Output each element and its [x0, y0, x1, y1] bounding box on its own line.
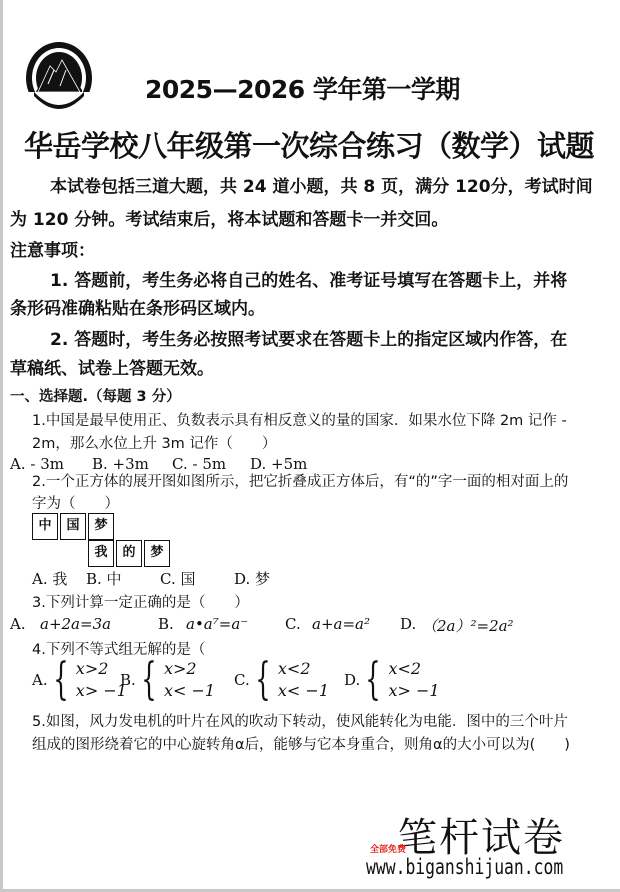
q1-line-2: 2m，那么水位上升 3m 记作（ ）	[32, 432, 276, 453]
q3-option-a-label: A.	[10, 615, 26, 633]
q4-c-bottom: x< −1	[278, 680, 329, 702]
net-cell: 梦	[88, 513, 114, 540]
watermark-tag: 全部免费	[370, 842, 406, 855]
brace-icon: {	[255, 658, 270, 702]
q4-d-top: x<2	[388, 658, 439, 680]
q3-option-d-label: D.	[400, 615, 416, 633]
q3-line-1: 3.下列计算一定正确的是（ ）	[32, 591, 249, 612]
exam-title: 华岳学校八年级第一次综合练习（数学）试题	[24, 124, 594, 165]
q5-line-1: 5.如图，风力发电机的叶片在风的吹动下转动，使风能转化为电能．图中的三个叶片	[32, 710, 568, 731]
note-1-line-1: 1. 答题前，考生务必将自己的姓名、准考证号填写在答题卡上，并将	[50, 266, 567, 291]
notes-heading: 注意事项：	[10, 236, 95, 261]
q3-option-b-label: B.	[158, 615, 174, 633]
note-1-line-2: 条形码准确粘贴在条形码区域内。	[10, 294, 265, 319]
net-cell: 梦	[144, 540, 170, 567]
intro-line-1: 本试卷包括三道大题，共 24 道小题，共 8 页，满分 120分，考试时间	[50, 172, 593, 197]
q2-option-b: B. 中	[86, 568, 122, 589]
net-cell: 我	[88, 540, 114, 567]
q3-option-d: （2a）²=2a²	[422, 615, 514, 636]
q4-b-bottom: x< −1	[164, 680, 215, 702]
q3-option-b: a•a⁷=a⁻	[186, 615, 248, 633]
note-2-line-1: 2. 答题时，考生务必按照考试要求在答题卡上的指定区域内作答，在	[50, 325, 567, 350]
q2-option-d: D. 梦	[234, 568, 270, 589]
q4-b-top: x>2	[164, 658, 215, 680]
q4-option-c: C. { x<2x< −1	[234, 658, 329, 702]
q4-option-a-label: A.	[32, 671, 48, 689]
net-cell: 的	[116, 540, 142, 567]
watermark-url: www.biganshijuan.com	[366, 855, 563, 879]
q3-option-c: a+a=a²	[312, 615, 370, 633]
cube-net-diagram: 中 国 梦 我 的 梦	[14, 513, 174, 573]
school-logo-icon	[24, 40, 94, 118]
q2-option-c: C. 国	[160, 568, 195, 589]
intro-line-2: 为 120 分钟。考试结束后，将本试题和答题卡一并交回。	[10, 205, 448, 230]
note-2-line-2: 草稿纸、试卷上答题无效。	[10, 354, 214, 379]
term-title: 2025—2026 学年第一学期	[145, 70, 460, 106]
q4-option-c-label: C.	[234, 671, 250, 689]
q2-option-a: A. 我	[32, 568, 67, 589]
q4-option-b: B. { x>2x< −1	[120, 658, 215, 702]
q4-option-b-label: B.	[120, 671, 136, 689]
q1-line-1: 1.中国是最早使用正、负数表示具有相反意义的量的国家．如果水位下降 2m 记作 …	[32, 409, 567, 430]
brace-icon: {	[366, 658, 381, 702]
net-cell: 国	[60, 513, 86, 540]
q5-line-2: 组成的图形绕着它的中心旋转角α后，能够与它本身重合，则角α的大小可以为( )	[32, 733, 570, 754]
brace-icon: {	[141, 658, 156, 702]
q4-c-top: x<2	[278, 658, 329, 680]
net-cell: 中	[32, 513, 58, 540]
q3-option-c-label: C.	[285, 615, 301, 633]
q4-option-d: D. { x<2x> −1	[344, 658, 440, 702]
section-1-heading: 一、选择题.（每题 3 分）	[10, 385, 181, 406]
q2-line-2: 字为（ ）	[32, 492, 119, 513]
q4-option-d-label: D.	[344, 671, 360, 689]
brace-icon: {	[53, 658, 68, 702]
q2-line-1: 2.一个正方体的展开图如图所示，把它折叠成正方体后，有“的”字一面的相对面上的	[32, 470, 568, 491]
q3-option-a: a+2a=3a	[40, 615, 111, 633]
q4-d-bottom: x> −1	[388, 680, 439, 702]
q4-option-a: A. { x>2x> −1	[32, 658, 127, 702]
